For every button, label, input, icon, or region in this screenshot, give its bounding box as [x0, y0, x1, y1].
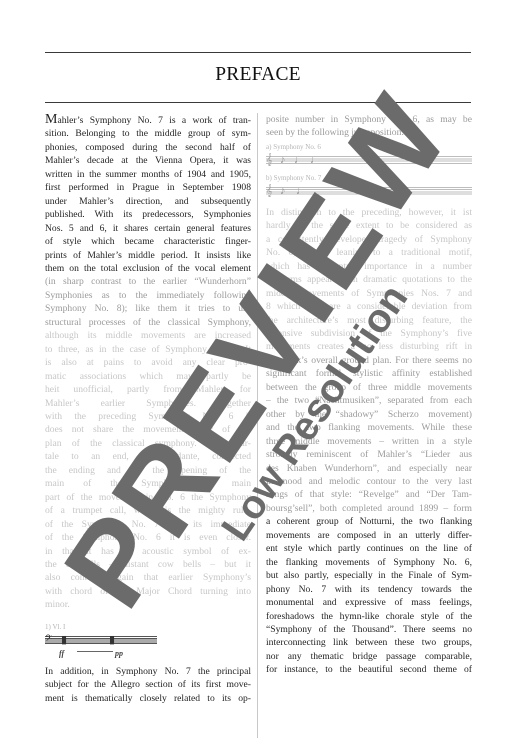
text-line: in that it has its acoustic symbol of ex…: [45, 545, 251, 558]
text-line: tale to an end, the Andante, connected: [45, 450, 251, 463]
text-line: significant formal, stylistic affinity e…: [266, 367, 472, 380]
text-line: with chord of the Major Chord turning in…: [45, 585, 251, 598]
text-line: matic associations which may partly be: [45, 370, 251, 383]
note-icon: ♪: [280, 154, 286, 166]
text-line: although its middle movements are increa…: [45, 329, 251, 342]
column-divider: [257, 113, 258, 738]
text-line: interconnecting link between these two g…: [266, 636, 472, 649]
text-line: also contains again that earlier Symphon…: [45, 571, 251, 584]
text-line: minor.: [45, 598, 251, 611]
text-line: with the preceding Symphony No. 6 it: [45, 410, 251, 423]
text-line: the ending and to the opening of the: [45, 464, 251, 477]
text-line: “Symphony of the Thousand”. There seems …: [266, 623, 472, 636]
after-example-text: In addition, in Symphony No. 7 the princ…: [45, 665, 251, 705]
note-icon: ♩: [310, 154, 321, 166]
page-title: PREFACE: [45, 64, 471, 86]
right-body-text: In distinction to the preceding, however…: [266, 206, 472, 677]
text-line: In distinction to the preceding, however…: [266, 206, 472, 219]
music-example-b: b) Symphony No. 7 𝄞 ♪ ♩: [266, 173, 472, 200]
drop-cap: M: [45, 113, 57, 127]
text-line: In addition, in Symphony No. 7 the princ…: [45, 665, 251, 678]
text-line: Mahler’s decade at the Vienna Opera, it …: [45, 154, 251, 167]
text-line: a coherent group of Notturni, the two fl…: [266, 515, 472, 528]
chord-note-icon: ▮: [109, 634, 115, 646]
text-line: seen by the following juxtaposition:: [266, 126, 472, 139]
text-line: and the two flanking movements. While th…: [266, 421, 472, 434]
text-line: No. 6, whose leaning to a traditional mo…: [266, 246, 472, 259]
text-line: of forms appearing in dramatic quotation…: [266, 273, 472, 286]
text-line: main of the Symphony, its main: [45, 477, 251, 490]
text-line: ment is thematically closely related to …: [45, 692, 251, 705]
dynamic-marking: ff: [59, 647, 64, 660]
music-staff: 𝄞 ♪ ♩: [266, 184, 472, 200]
text-line: subject for the Allegro section of its f…: [45, 678, 251, 691]
text-line: the architecture’s most disturbing featu…: [266, 314, 472, 327]
decrescendo-line: [77, 651, 113, 652]
text-line: first performed in Prague in September 1…: [45, 181, 251, 194]
text-line: phony No. 7 with its tendency towards th…: [266, 583, 472, 596]
note-icon: ♪: [280, 185, 286, 197]
text-line: (in sharp contrast to the earlier “Wunde…: [45, 275, 251, 288]
text-line: strongly reminiscent of Mahler’s “Lieder…: [266, 448, 472, 461]
text-line: Mahler’s earlier Symphonies. Together: [45, 397, 251, 410]
text-line: the work’s overall ground plan. For ther…: [266, 354, 472, 367]
music-example-label: 1) Vl. I: [45, 622, 251, 632]
text-line: plan of the classical symphony. The Mar-: [45, 437, 251, 450]
text-line: part of the movement in No. 6 the Sympho…: [45, 491, 251, 504]
text-line: under Mahler’s direction, and subsequent…: [45, 195, 251, 208]
note-icon: ♩: [294, 154, 305, 166]
text-line: Mahler’s Symphony No. 7 is a work of tra…: [45, 113, 251, 127]
text-line: phonies, composed during the second half…: [45, 141, 251, 154]
text-line: written in the summer months of 1904 and…: [45, 168, 251, 181]
text-line: for instance, to the beautiful second th…: [266, 663, 472, 676]
text-line: prints of Mahler’s middle period. It ins…: [45, 249, 251, 262]
text-line: heit unofficial, partly from Mahler, for: [45, 383, 251, 396]
title-rule-top: [45, 52, 471, 53]
text-line: 8 which they are a considerable deviatio…: [266, 300, 472, 313]
text-line: of style which became characteristic fin…: [45, 235, 251, 248]
music-example-label: b) Symphony No. 7: [266, 173, 472, 183]
text-line: between the group of three middle moveme…: [266, 381, 472, 394]
text-line: of a trumpet call, which is the mighty r…: [45, 504, 251, 517]
text-line: – the two “Nachtmusiken”, separated from…: [266, 394, 472, 407]
treble-clef-icon: 𝄞: [266, 185, 273, 197]
text-line: of the Symphony No. 6 it is even closer.: [45, 531, 251, 544]
text-line: a consistently developed tragedy of Symp…: [266, 233, 472, 246]
text-line: posite number in Symphony No. 6, as may …: [266, 113, 472, 126]
music-example-label: a) Symphony No. 6: [266, 142, 472, 152]
text-line: ent style which partly continues on the …: [266, 542, 472, 555]
text-line: structural processes of the classical Sy…: [45, 316, 251, 329]
text-line: them on the total exclusion of the vocal…: [45, 262, 251, 275]
text-line: three middle movements – written in a st…: [266, 435, 472, 448]
text-line: of the Symphony No. 7 with its immediate: [45, 518, 251, 531]
text-line: Symphony No. 8); like them it tries to u…: [45, 302, 251, 315]
treble-clef-icon: 𝄞: [266, 154, 273, 166]
text-line: songs of that style: “Revelge” and “Der …: [266, 488, 472, 501]
dynamic-marking: pp: [115, 647, 123, 660]
text-line: movements are composed in an utterly dif…: [266, 529, 472, 542]
chord-note-icon: ▮: [61, 634, 67, 646]
text-line: movements creates a no less disturbing r…: [266, 340, 472, 353]
music-example-a: a) Symphony No. 6 𝄞 ♪ ♩ ♩: [266, 142, 472, 169]
dynamics-row: ff pp: [45, 647, 251, 655]
note-icon: ♩: [296, 185, 307, 197]
title-rule-bottom: [45, 102, 471, 103]
text-line: does not share the movement order of the: [45, 423, 251, 436]
text-line-rest: ahler’s Symphony No. 7 is a work of tran…: [57, 115, 251, 126]
text-line: boursg’sell”, both completed around 1899…: [266, 502, 472, 515]
text-line: hardly to the same extent to be consider…: [266, 219, 472, 232]
text-line: is also at pains to avoid any clear pro-: [45, 356, 251, 369]
music-staff: 𝄞 ♪ ♩ ♩: [266, 153, 472, 169]
text-line: the flanking movements of Symphony No. 6…: [266, 556, 472, 569]
right-column: posite number in Symphony No. 6, as may …: [266, 113, 472, 677]
text-line: Nos. 5 and 6, it shares certain general …: [45, 222, 251, 235]
text-line: but also partly, especially in the Final…: [266, 569, 472, 582]
text-line: sition. Belonging to the middle group of…: [45, 127, 251, 140]
text-line: nor any thematic bridge passage comparab…: [266, 650, 472, 663]
text-line: foreshadows the hymn-like chorale style …: [266, 610, 472, 623]
text-line: Symphonies as to the immediately followi…: [45, 289, 251, 302]
music-example: 1) Vl. I 𝄢 ▮ ▮ ff pp: [45, 622, 251, 655]
text-line: des Knaben Wunderhorn”, and especially n…: [266, 462, 472, 475]
text-line: other by the “shadowy” Scherzo movement): [266, 408, 472, 421]
text-line: the cowbells – distant cow bells – but i…: [45, 558, 251, 571]
text-line: extensive subdivision of the Symphony’s …: [266, 327, 472, 340]
clef-icon: 𝄢: [45, 634, 52, 646]
text-line: to three, as in the case of Symphony No.…: [45, 343, 251, 356]
text-line: in mood and melodic contour to the very …: [266, 475, 472, 488]
text-line: middle movements of Symphonies Nos. 7 an…: [266, 287, 472, 300]
left-column: Mahler’s Symphony No. 7 is a work of tra…: [45, 113, 251, 705]
text-line: monumental and expressive of mass feelin…: [266, 596, 472, 609]
text-line: published. With its predecessors, Sympho…: [45, 208, 251, 221]
text-line: which has a central importance in a numb…: [266, 260, 472, 273]
